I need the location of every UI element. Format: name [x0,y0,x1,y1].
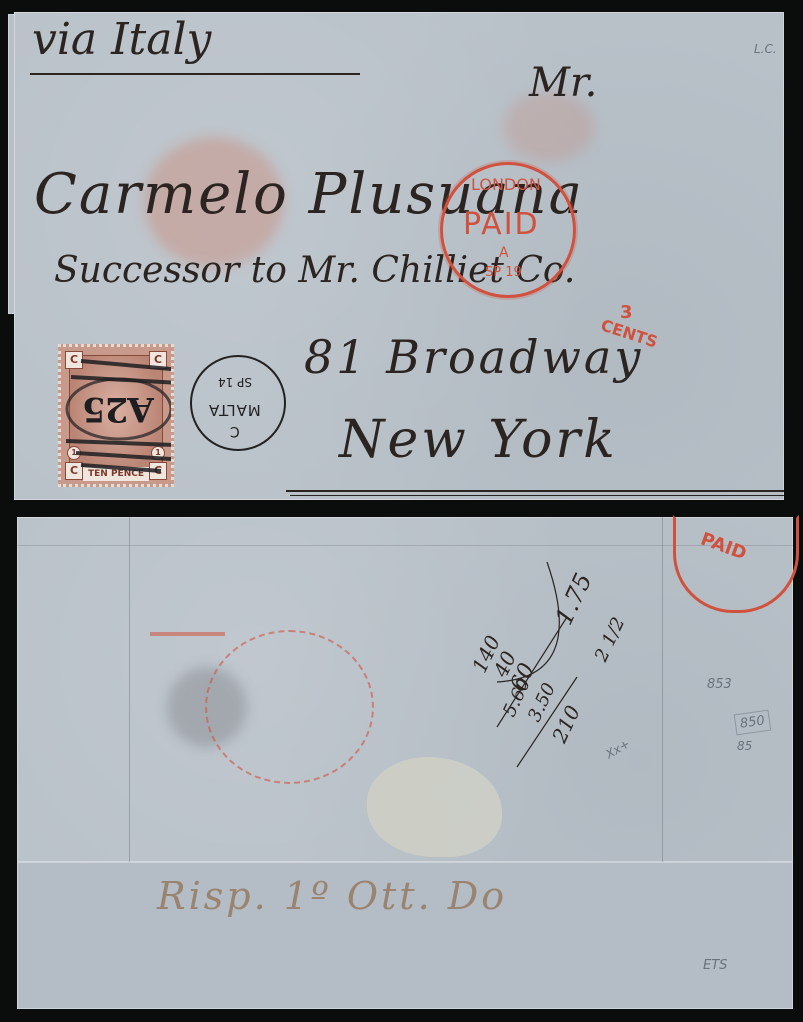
london-postmark-top: LONDON [471,175,541,194]
cover-back-bottom-fold: Risp. 1º Ott. Do ETS [17,862,793,1009]
routing-underline [30,73,360,75]
fold-line [662,517,663,862]
receipt-docket: Risp. 1º Ott. Do [157,874,507,918]
london-postmark-paid: PAID [463,207,540,242]
pencil-note: 85 [737,739,752,753]
credit-value: 3 [620,302,633,323]
salutation: Mr. [529,60,597,106]
london-postmark-letter: A [499,245,509,261]
malta-postmark-date: SP 14 [218,375,252,389]
faint-transit-postmark [205,630,374,784]
malta-postmark-letter: C [230,423,240,439]
london-paid-postmark: LONDON PAID A SP 19 [440,162,576,298]
address-underline-2 [290,495,784,496]
address-underline [286,490,784,492]
dealer-mark: ETS [703,958,727,973]
malta-postmark-town: MALTA [208,401,261,419]
london-postmark-date: SP 19 [485,265,522,280]
credit-cents-marking: 3 CENTS [594,300,674,360]
ny-postmark-text: PAID [698,529,749,565]
red-ink-streak [150,632,225,636]
postage-stamp: C C C C 1 1 TEN PENCE A25 [58,344,174,487]
pencil-note: L.C. [754,42,777,56]
address-city: New York [339,410,618,470]
pencil-note-boxed: 850 [734,710,771,736]
malta-postmark: C MALTA SP 14 [190,355,286,451]
routing-endorsement: via Italy [32,14,211,65]
address-street: 81 Broadway [304,330,643,384]
pencil-note: 853 [707,677,732,692]
obliterator-number: A25 [83,389,154,429]
fold-line [129,517,130,862]
